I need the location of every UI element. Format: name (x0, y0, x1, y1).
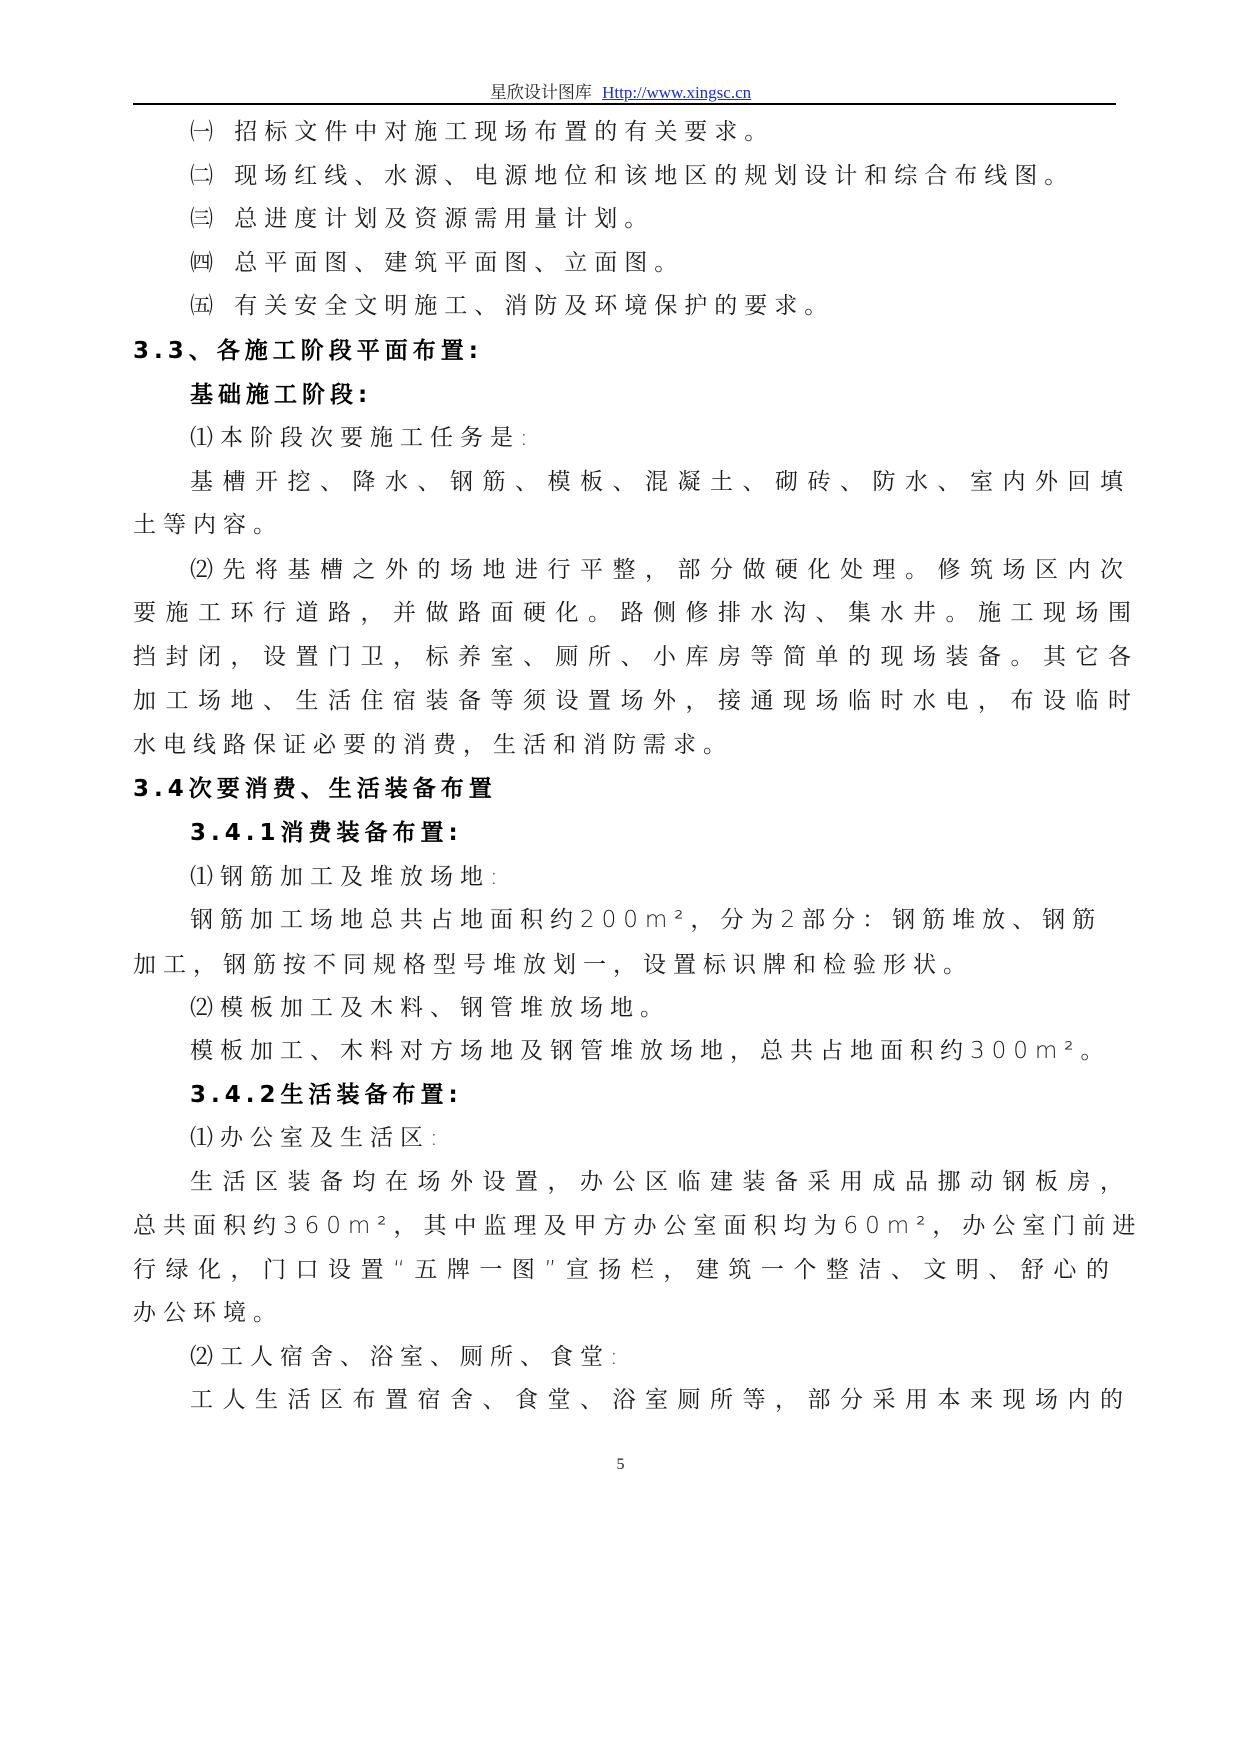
subheading-3-4-2: 3.4.2生活装备布置: (190, 1080, 463, 1110)
requirement-item-3: ㈢ 总进度计划及资源需用量计划。 (190, 204, 654, 234)
page-header: 星欣设计图库 Http://www.xingsc.cn (0, 78, 1241, 103)
paragraph-line: ⑵工人宿舍、浴室、厕所、食堂: (190, 1342, 625, 1372)
paragraph-line: 总共面积约360m²，其中监理及甲方办公室面积均为60m²，办公室门前进 (133, 1211, 1142, 1241)
paragraph-line: ⑴本阶段次要施工任务是: (190, 423, 535, 453)
paragraph-line: ⑵先将基槽之外的场地进行平整，部分做硬化处理。修筑场区内次 (190, 555, 1133, 585)
paragraph-line: ⑴办公室及生活区: (190, 1123, 445, 1153)
requirement-item-2: ㈡ 现场红线、水源、电源地位和该地区的规划设计和综合布线图。 (190, 161, 1074, 191)
subheading-3-4-1: 3.4.1消费装备布置: (190, 818, 463, 848)
requirement-item-4: ㈣ 总平面图、建筑平面图、立面图。 (190, 248, 684, 278)
paragraph-line: 生活区装备均在场外设置，办公区临建装备采用成品挪动钢板房， (190, 1167, 1133, 1197)
paragraph-line: 挡封闭，设置门卫，标养室、厕所、小库房等简单的现场装备。其它各 (133, 642, 1141, 672)
requirement-item-5: ㈤ 有关安全文明施工、消防及环境保护的要求。 (190, 291, 834, 321)
site-name: 星欣设计图库 (490, 83, 592, 102)
page-number: 5 (0, 1456, 1241, 1474)
paragraph-line: ⑴钢筋加工及堆放场地: (190, 862, 505, 892)
subheading-foundation-stage: 基础施工阶段: (190, 380, 372, 410)
document-page: 星欣设计图库 Http://www.xingsc.cn ㈠ 招标文件中对施工现场… (0, 0, 1241, 1754)
site-url-link[interactable]: Http://www.xingsc.cn (602, 83, 751, 102)
requirement-item-1: ㈠ 招标文件中对施工现场布置的有关要求。 (190, 117, 774, 147)
paragraph-line: 基槽开挖、降水、钢筋、模板、混凝土、砌砖、防水、室内外回填 (190, 467, 1133, 497)
paragraph-line: 土等内容。 (133, 510, 283, 540)
paragraph-line: 办公环境。 (133, 1298, 283, 1328)
paragraph-line: ⑵模板加工及木料、钢管堆放场地。 (190, 993, 670, 1023)
paragraph-line: 钢筋加工场地总共占地面积约200m²，分为2部分：钢筋堆放、钢筋 (190, 905, 1102, 935)
paragraph-line: 模板加工、木料对方场地及钢管堆放场地，总共占地面积约300m²。 (190, 1036, 1111, 1066)
paragraph-line: 加工，钢筋按不同规格型号堆放划一，设置标识牌和检验形状。 (133, 950, 973, 980)
header-rule (133, 103, 1116, 105)
paragraph-line: 工人生活区布置宿舍、食堂、浴室厕所等，部分采用本来现场内的 (190, 1385, 1133, 1415)
section-heading-3-3: 3.3、各施工阶段平面布置: (133, 336, 483, 366)
paragraph-line: 行绿化，门口设置“五牌一图”宣扬栏，建筑一个整洁、文明、舒心的 (133, 1255, 1118, 1285)
paragraph-line: 水电线路保证必要的消费，生活和消防需求。 (133, 730, 733, 760)
paragraph-line: 要施工环行道路，并做路面硬化。路侧修排水沟、集水井。施工现场围 (133, 598, 1141, 628)
paragraph-line: 加工场地、生活住宿装备等须设置场外，接通现场临时水电，布设临时 (133, 686, 1141, 716)
section-heading-3-4: 3.4次要消费、生活装备布置 (133, 774, 497, 804)
